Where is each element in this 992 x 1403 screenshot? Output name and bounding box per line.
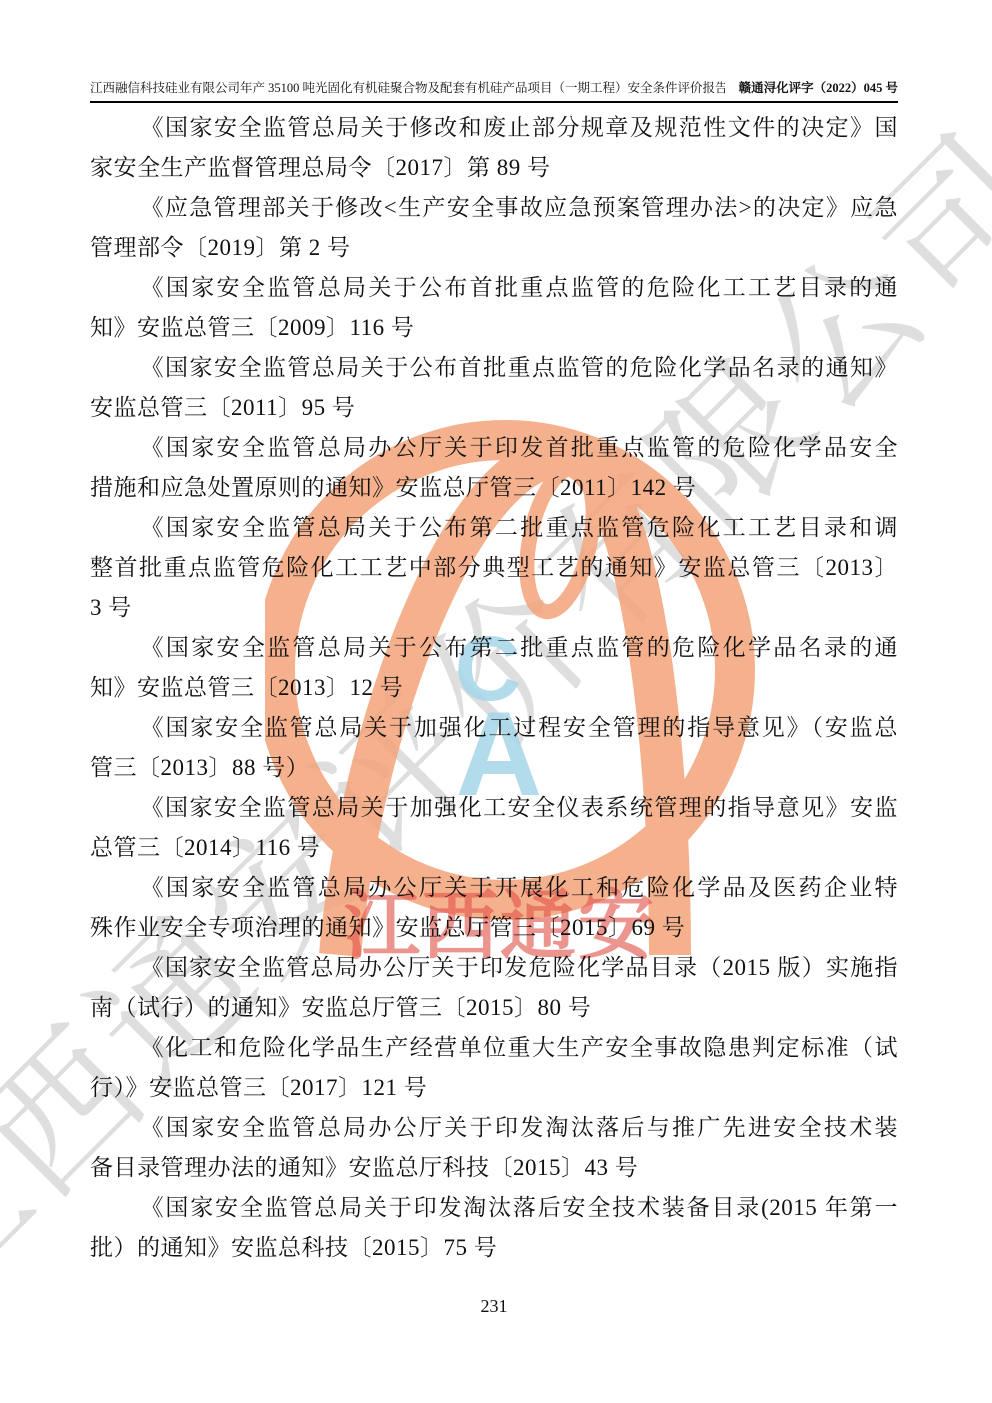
body-line: 《国家安全监管总局关于修改和废止部分规章及规范性文件的决定》国 — [90, 108, 898, 148]
body-line: 《国家安全监管总局办公厅关于印发首批重点监管的危险化学品安全 — [90, 428, 898, 468]
body-line: 3 号 — [90, 588, 898, 628]
header-document-number: 赣通浔化评字（2022）045 号 — [739, 80, 898, 97]
document-page: 江西通安评价有限公司 C A 江西通安 江西融信科技硅业有限公司年产 35100… — [0, 0, 992, 1403]
body-line: 知》安监总管三〔2013〕12 号 — [90, 668, 898, 708]
page-footer: 231 — [90, 1296, 898, 1317]
body-text: 《国家安全监管总局关于修改和废止部分规章及规范性文件的决定》国家安全生产监督管理… — [90, 108, 898, 1268]
body-line: 《国家安全监管总局关于公布第二批重点监管的危险化学品名录的通 — [90, 628, 898, 668]
body-line: 备目录管理办法的通知》安监总厅科技〔2015〕43 号 — [90, 1148, 898, 1188]
page-header: 江西融信科技硅业有限公司年产 35100 吨光固化有机硅聚合物及配套有机硅产品项… — [90, 80, 898, 103]
body-line: 措施和应急处置原则的通知》安监总厅管三〔2011〕142 号 — [90, 468, 898, 508]
body-line: 管三〔2013〕88 号） — [90, 748, 898, 788]
body-line: 《国家安全监管总局办公厅关于印发危险化学品目录（2015 版）实施指 — [90, 948, 898, 988]
body-line: 整首批重点监管危险化工工艺中部分典型工艺的通知》安监总管三〔2013〕 — [90, 548, 898, 588]
body-line: 《国家安全监管总局关于公布首批重点监管的危险化学品名录的通知》 — [90, 348, 898, 388]
body-line: 知》安监总管三〔2009〕116 号 — [90, 308, 898, 348]
body-line: 《国家安全监管总局关于加强化工安全仪表系统管理的指导意见》安监 — [90, 788, 898, 828]
body-line: 《国家安全监管总局关于公布第二批重点监管危险化工工艺目录和调 — [90, 508, 898, 548]
body-line: 《国家安全监管总局关于印发淘汰落后安全技术装备目录(2015 年第一 — [90, 1188, 898, 1228]
body-line: 《国家安全监管总局关于公布首批重点监管的危险化工工艺目录的通 — [90, 268, 898, 308]
body-line: 《应急管理部关于修改<生产安全事故应急预案管理办法>的决定》应急 — [90, 188, 898, 228]
body-line: 《化工和危险化学品生产经营单位重大生产安全事故隐患判定标准（试 — [90, 1028, 898, 1068]
body-line: 殊作业安全专项治理的通知》安监总厅管三〔2015〕69 号 — [90, 908, 898, 948]
body-line: 管理部令〔2019〕第 2 号 — [90, 228, 898, 268]
body-line: 《国家安全监管总局关于加强化工过程安全管理的指导意见》（安监总 — [90, 708, 898, 748]
body-line: 《国家安全监管总局办公厅关于开展化工和危险化学品及医药企业特 — [90, 868, 898, 908]
body-line: 批）的通知》安监总科技〔2015〕75 号 — [90, 1228, 898, 1268]
header-report-title: 江西融信科技硅业有限公司年产 35100 吨光固化有机硅聚合物及配套有机硅产品项… — [90, 80, 725, 97]
body-line: 南（试行）的通知》安监总厅管三〔2015〕80 号 — [90, 988, 898, 1028]
body-line: 总管三〔2014〕116 号 — [90, 828, 898, 868]
body-line: 行）》安监总管三〔2017〕121 号 — [90, 1068, 898, 1108]
body-line: 《国家安全监管总局办公厅关于印发淘汰落后与推广先进安全技术装 — [90, 1108, 898, 1148]
body-line: 安监总管三〔2011〕95 号 — [90, 388, 898, 428]
page-number: 231 — [481, 1296, 508, 1316]
body-line: 家安全生产监督管理总局令〔2017〕第 89 号 — [90, 148, 898, 188]
